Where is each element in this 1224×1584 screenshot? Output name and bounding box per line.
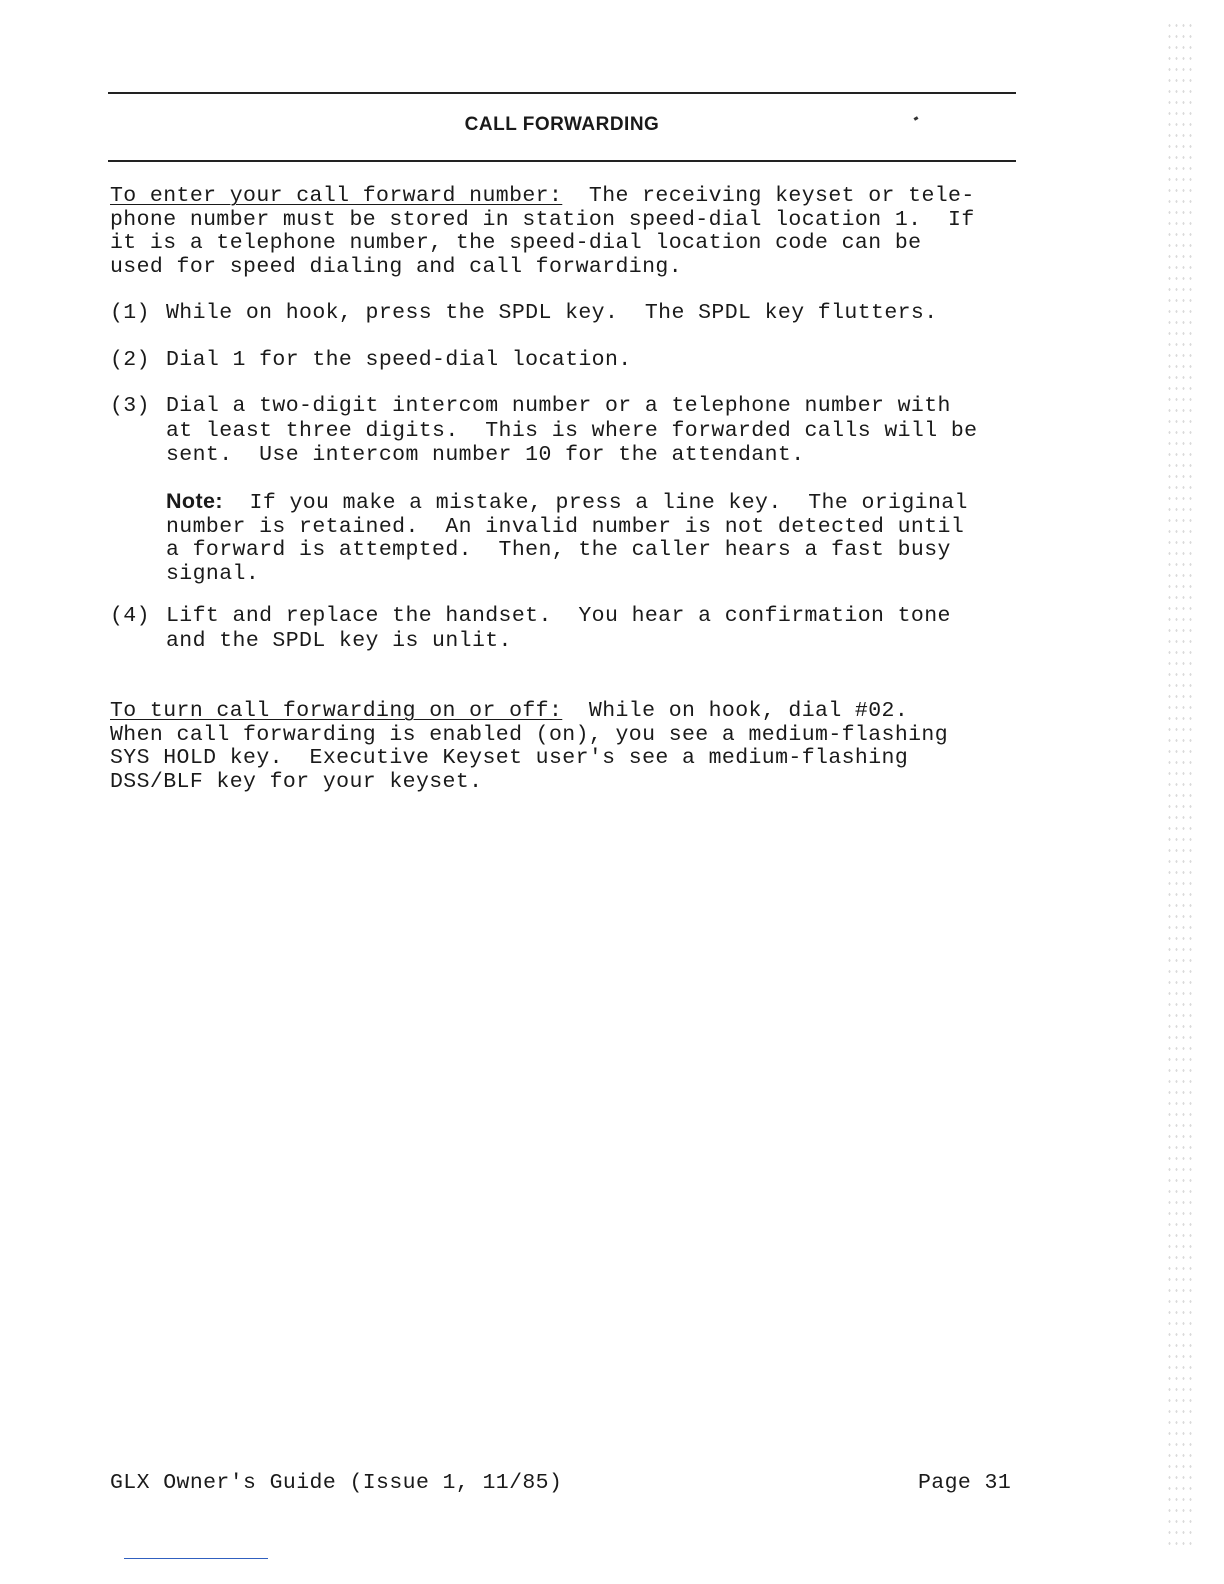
footer-document-title: GLX Owner's Guide (Issue 1, 11/85) bbox=[110, 1471, 562, 1495]
step-4-continued: and the SPDL key is unlit. bbox=[166, 630, 1026, 654]
note-block: Note: If you make a mistake, press a lin… bbox=[166, 490, 1026, 586]
step-1: (1)While on hook, press the SPDL key. Th… bbox=[110, 302, 1020, 326]
title-bottom-rule bbox=[108, 160, 1016, 162]
section-heading: To turn call forwarding on or off: bbox=[110, 699, 562, 723]
scan-edge-line bbox=[124, 1558, 268, 1559]
note-label: Note: bbox=[166, 489, 223, 513]
section-heading: To enter your call forward number: bbox=[110, 184, 562, 208]
section-toggle-forwarding: To turn call forwarding on or off: While… bbox=[110, 700, 1020, 794]
step-3: (3)Dial a two-digit intercom number or a… bbox=[110, 395, 1020, 419]
step-2: (2)Dial 1 for the speed-dial location. bbox=[110, 349, 1020, 373]
top-rule bbox=[108, 92, 1016, 94]
page-title: CALL FORWARDING bbox=[0, 114, 1124, 136]
section-enter-forward-number: To enter your call forward number: The r… bbox=[110, 185, 1020, 279]
step-4: (4)Lift and replace the handset. You hea… bbox=[110, 605, 1020, 629]
step-3-continued: at least three digits. This is where for… bbox=[166, 420, 1026, 467]
scan-margin-noise bbox=[1166, 20, 1194, 1550]
footer-page-number: Page 31 bbox=[918, 1471, 1011, 1495]
